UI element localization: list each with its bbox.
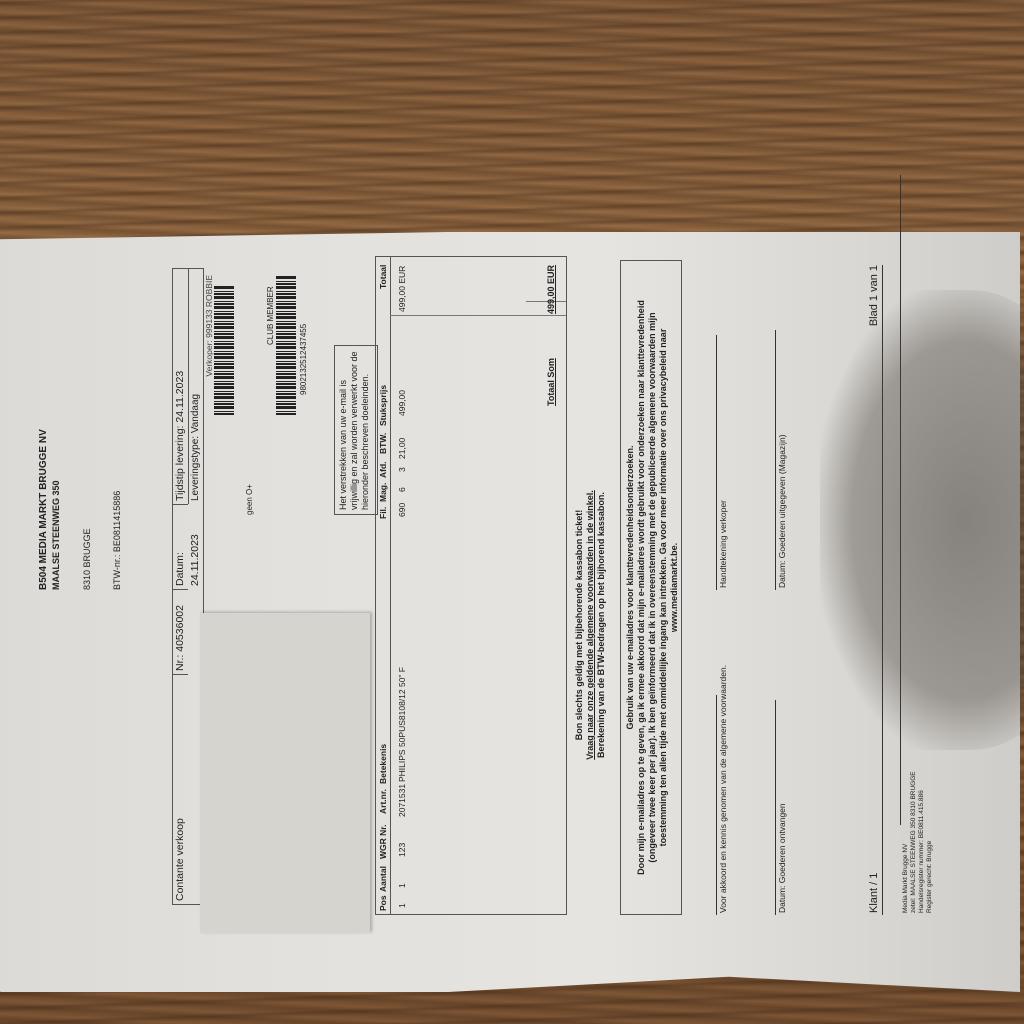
total-label: Totaal Som	[546, 358, 556, 406]
row-artnr: 2071531	[396, 784, 408, 817]
issued-date-line	[775, 330, 776, 590]
email-consent-title: Gebruik van uw e-mailadres voor klanttev…	[625, 261, 636, 914]
col-fil: Fil.	[376, 507, 390, 519]
privacy-link[interactable]: www.mediamarkt.be.	[669, 261, 680, 914]
legal-line-2: zetel: MAALSE STEENWEG 350 8310 BRUGGE	[910, 771, 918, 913]
terms-link[interactable]: Vraag naar onze geldende algemene voorwa…	[585, 415, 596, 835]
col-stuksprijs: Stuksprijs	[376, 385, 390, 426]
receipt-date: Datum: 24.11.2023	[173, 504, 188, 589]
total-value: 499,00 EUR	[546, 265, 556, 314]
email-consent-box: Gebruik van uw e-mailadres voor klanttev…	[620, 260, 682, 915]
club-number: 9802132512437455	[299, 324, 308, 395]
seller-signature-line	[716, 335, 717, 590]
row-betekenis: PHILIPS 50PUS8108/12 50" F	[396, 667, 408, 782]
legal-line-4: Register gerecht: Brugge	[926, 841, 934, 913]
company-name: B504 MEDIA MARKT BRUGGE NV	[38, 429, 50, 590]
items-header: Pos Aantal WGR Nr. Art.nr. Betekenis Fil…	[376, 257, 391, 914]
row-btw: 21,00	[396, 438, 408, 459]
hand-shadow	[820, 290, 1024, 750]
note-line-1: Bon slechts geldig met bijbehorende kass…	[574, 415, 585, 835]
col-wgr: WGR Nr.	[376, 825, 390, 859]
row-aantal: 1	[396, 883, 408, 888]
email-consent-line-1: Door mijn e-mailadres op te geven, ga ik…	[636, 261, 647, 914]
note-line-3: Berekening van de BTW-bedragen op het bi…	[596, 415, 607, 835]
col-totaal: Totaal	[376, 265, 390, 289]
col-mag: Mag.	[376, 483, 390, 502]
table-row: 1 1 123 2071531 PHILIPS 50PUS8108/12 50"…	[390, 257, 412, 914]
email-consent-line-2: (ongeveer twee keer per jaar). Ik ben ge…	[647, 261, 658, 914]
col-artnr: Art.nr.	[376, 789, 390, 814]
seller-barcode	[214, 285, 234, 415]
col-pos: Pos	[376, 895, 390, 911]
issued-date-label: Datum: Goederen uitgegeven (Magazijn)	[777, 434, 787, 588]
receipt-number: Nr.: 40536002	[173, 589, 188, 674]
received-date-line	[775, 700, 776, 915]
row-fil: 690	[396, 503, 408, 517]
row-wgr: 123	[396, 843, 408, 857]
col-btw: BTW.	[376, 433, 390, 454]
email-consent-line-3: toestemming ten allen tijde met onmiddel…	[658, 261, 669, 914]
seller-signature-label: Handtekening verkoper	[718, 500, 728, 588]
sticky-note	[200, 613, 370, 933]
row-afd: 3	[396, 467, 408, 472]
agree-signature-line	[716, 695, 717, 915]
row-pos: 1	[396, 903, 408, 908]
received-date-label: Datum: Goederen ontvangen	[777, 803, 787, 913]
legal-line-3: Handelsregister nummer: BE0811.415.886	[918, 790, 926, 913]
items-table: Pos Aantal WGR Nr. Art.nr. Betekenis Fil…	[375, 256, 567, 915]
sale-type: Contante verkoop	[173, 674, 188, 904]
col-betekenis: Betekenis	[376, 744, 390, 784]
row-totaal: 499,00 EUR	[396, 266, 408, 312]
copy-label: Klant / 1	[868, 873, 880, 913]
agree-label: Voor akkoord en kennis genomen van de al…	[718, 665, 728, 913]
geen-label: geen O+	[244, 484, 255, 515]
company-vat: BTW-nr.: BE0811415886	[112, 491, 123, 590]
delivery-type: Leveringstype: Vandaag	[189, 394, 203, 501]
company-city: 8310 BRUGGE	[82, 528, 93, 590]
delivery-time: Tijdstip levering: 24.11.2023	[173, 269, 188, 504]
header-row-2: Leveringstype: Vandaag	[188, 269, 204, 504]
email-notice: Het verstrekken van uw e-mail is vrijwil…	[334, 345, 378, 515]
col-aantal: Aantal	[376, 866, 390, 892]
col-afd: Afd.	[376, 461, 390, 478]
seller: Verkoper: 999133 ROBBIE	[204, 275, 214, 485]
total-column-divider	[390, 315, 566, 316]
row-mag: 6	[396, 487, 408, 492]
club-barcode	[276, 275, 296, 415]
legal-line-1: Media Markt Brugge NV	[902, 844, 910, 913]
club-label: CLUB MEMBER	[266, 286, 275, 345]
company-street: MAALSE STEENWEG 350	[50, 480, 62, 590]
row-stuksprijs: 499,00	[396, 390, 408, 416]
